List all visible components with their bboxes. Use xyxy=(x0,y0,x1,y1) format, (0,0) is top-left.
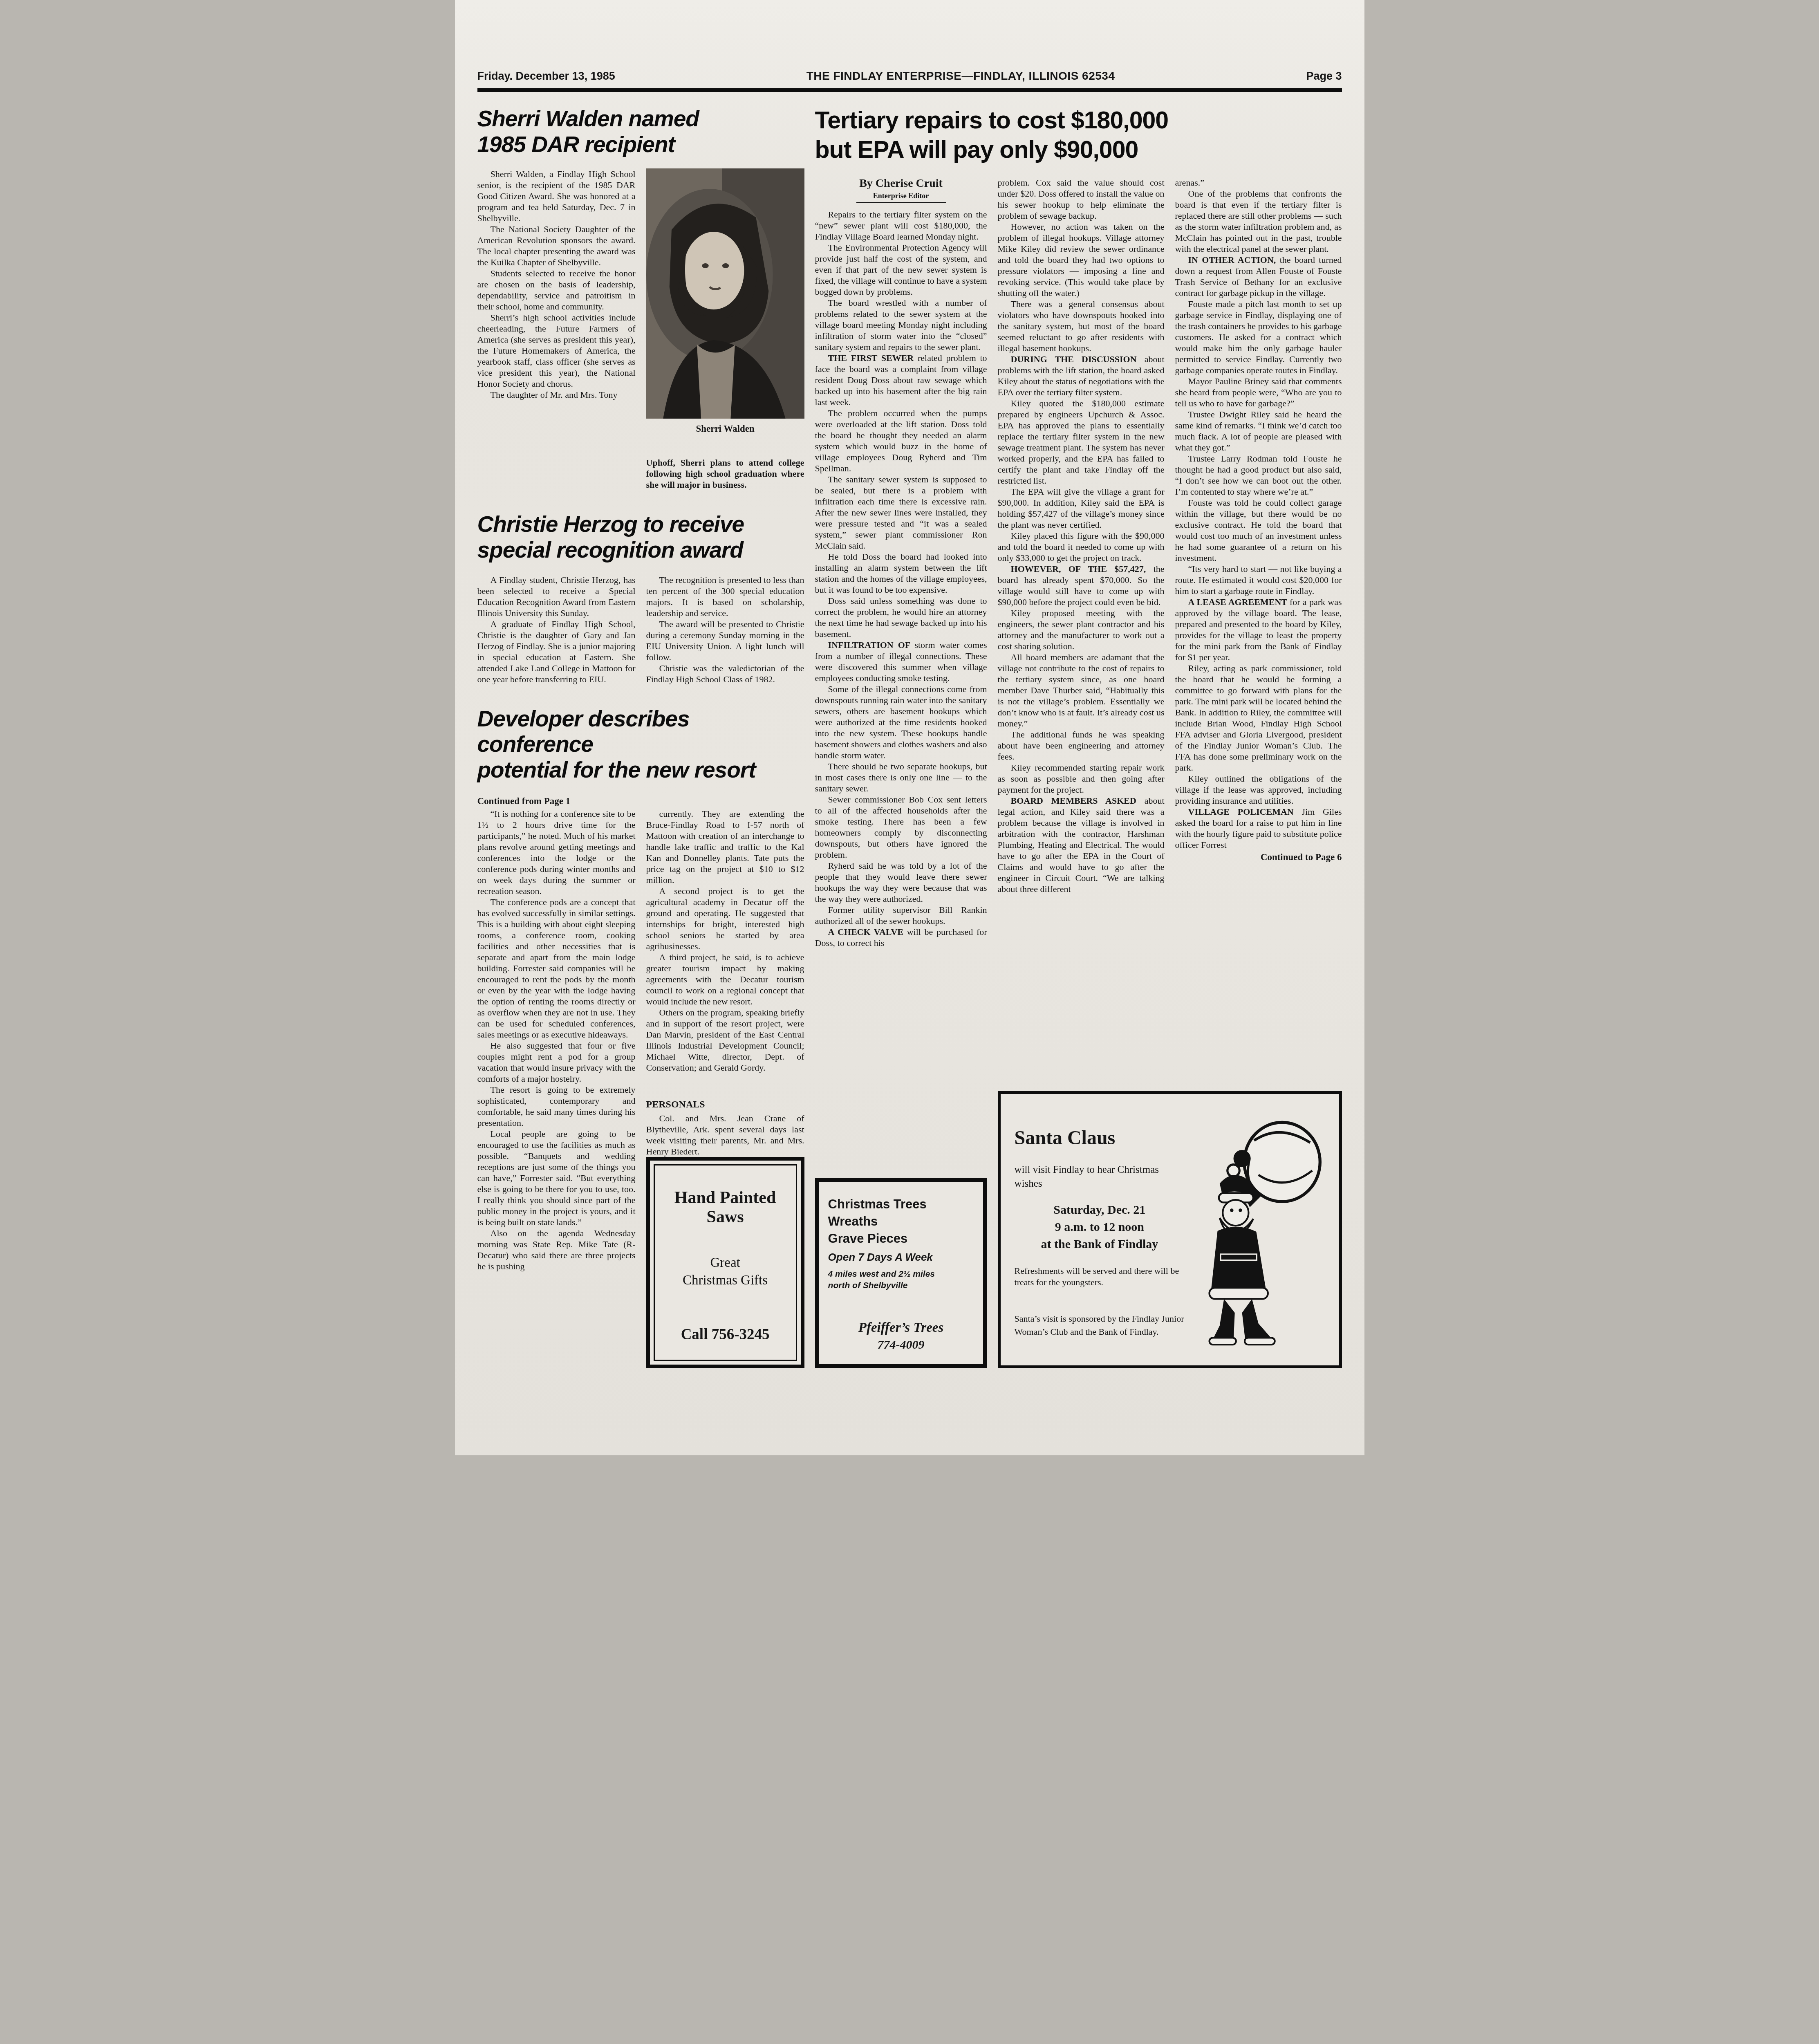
text-line: Grave Pieces xyxy=(828,1230,974,1247)
paragraph: The conference pods are a concept that h… xyxy=(477,896,636,1040)
paragraph: The National Society Daughter of the Ame… xyxy=(477,224,636,268)
ad-time: 9 a.m. to 12 noon xyxy=(1015,1219,1185,1236)
article-text-column: Sherri Walden, a Findlay High School sen… xyxy=(477,168,636,490)
paragraph: BOARD MEMBERS ASKED about legal action, … xyxy=(998,795,1165,894)
article-text: currently. They are extending the Bruce-… xyxy=(646,808,804,1073)
paragraph: Former utility supervisor Bill Rankin au… xyxy=(815,904,987,926)
paragraph: The Environmental Protection Agency will… xyxy=(815,242,987,297)
article-christie-herzog: Christie Herzog to receivespecial recogn… xyxy=(477,511,804,684)
paragraph: Repairs to the tertiary filter system on… xyxy=(815,209,987,242)
ad-phone: Call 756-3245 xyxy=(661,1326,790,1343)
ad-text-block: Santa Claus will visit Findlay to hear C… xyxy=(1015,1110,1185,1351)
article-text-column: “It is nothing for a conference site to … xyxy=(477,808,636,1368)
article-sherri-walden: Sherri Walden named1985 DAR recipient Sh… xyxy=(477,106,804,490)
page-number: Page 3 xyxy=(1306,70,1342,83)
paragraph: DURING THE DISCUSSION about problems wit… xyxy=(998,354,1165,398)
paragraph: The recognition is presented to less tha… xyxy=(646,574,804,619)
paragraph: He told Doss the board had looked into i… xyxy=(815,551,987,595)
text-line: potential for the new resort xyxy=(477,757,804,783)
paragraph: Christie was the valedictorian of the Fi… xyxy=(646,663,804,685)
paragraph: All board members are adamant that the v… xyxy=(998,652,1165,729)
paragraph: Fouste was told he could collect garage … xyxy=(1175,497,1342,563)
article-developer-resort: Developer describes conferencepotential … xyxy=(477,706,804,1368)
ad-schedule: Saturday, Dec. 21 9 a.m. to 12 noon at t… xyxy=(1015,1201,1185,1253)
paragraph: Uphoff, Sherri plans to attend college f… xyxy=(646,457,804,490)
paragraph: Kiley quoted the $180,000 estimate prepa… xyxy=(998,398,1165,486)
paragraph: The EPA will give the village a grant fo… xyxy=(998,486,1165,530)
text-line: Christie Herzog to receive xyxy=(477,511,804,537)
article-headline: Sherri Walden named1985 DAR recipient xyxy=(477,106,804,157)
article-body: A Findlay student, Christie Herzog, has … xyxy=(477,574,804,685)
article-headline: Christie Herzog to receivespecial recogn… xyxy=(477,511,804,563)
article-text: arenas.”One of the problems that confron… xyxy=(1175,177,1342,850)
ad-title: Santa Claus xyxy=(1015,1127,1185,1149)
paragraph: THE FIRST SEWER related problem to face … xyxy=(815,352,987,408)
paragraph: However, no action was taken on the prob… xyxy=(998,221,1165,298)
paragraph: Trustee Dwight Riley said he heard the s… xyxy=(1175,409,1342,453)
paragraph: Some of the illegal connections come fro… xyxy=(815,684,987,761)
paragraph: The resort is going to be extremely soph… xyxy=(477,1084,636,1128)
paragraph: Kiley recommended starting repair work a… xyxy=(998,762,1165,795)
ad-business-name: Pfeiffer’s Trees xyxy=(828,1320,974,1336)
paragraph: Ryherd said he was told by a lot of the … xyxy=(815,860,987,904)
paragraph: Sherri Walden, a Findlay High School sen… xyxy=(477,168,636,224)
left-column-zone: Sherri Walden named1985 DAR recipient Sh… xyxy=(477,106,804,1368)
personals-title: PERSONALS xyxy=(646,1099,804,1110)
paragraph: Mayor Pauline Briney said that comments … xyxy=(1175,376,1342,409)
santa-illustration xyxy=(1190,1110,1326,1351)
paragraph: A Findlay student, Christie Herzog, has … xyxy=(477,574,636,619)
continued-to-note: Continued to Page 6 xyxy=(1175,852,1342,863)
santa-drawing xyxy=(1190,1110,1326,1351)
paragraph: One of the problems that confronts the b… xyxy=(1175,188,1342,254)
paragraph: The problem occurred when the pumps were… xyxy=(815,408,987,474)
ad-hours: Open 7 Days A Week xyxy=(828,1251,974,1264)
photo-caption-text: Uphoff, Sherri plans to attend college f… xyxy=(646,457,804,490)
paragraph: Kiley proposed meeting with the engineer… xyxy=(998,607,1165,652)
article-headline: Tertiary repairs to cost $180,000but EPA… xyxy=(815,106,1342,165)
right-column-zone: Tertiary repairs to cost $180,000but EPA… xyxy=(815,106,1342,1368)
ad-inner-frame: Hand Painted Saws Great Christmas Gifts … xyxy=(654,1164,797,1361)
paragraph: Kiley placed this figure with the $90,00… xyxy=(998,530,1165,563)
text-line: Wreaths xyxy=(828,1213,974,1230)
article-tertiary-repairs: Tertiary repairs to cost $180,000but EPA… xyxy=(815,106,1342,1368)
personals-text: Col. and Mrs. Jean Crane of Blytheville,… xyxy=(646,1113,804,1157)
article-body-inner: problem. Cox said the value should cost … xyxy=(998,177,1342,1091)
article-body: By Cherise Cruit Enterprise Editor Repai… xyxy=(815,177,1342,1368)
ad-title-line: Saws xyxy=(661,1207,790,1227)
ad-note: Refreshments will be served and there wi… xyxy=(1015,1265,1185,1289)
paragraph: arenas.” xyxy=(1175,177,1342,188)
newspaper-page: Friday. December 13, 1985 THE FINDLAY EN… xyxy=(455,0,1364,1455)
paragraph: “It is nothing for a conference site to … xyxy=(477,808,636,896)
page-header: Friday. December 13, 1985 THE FINDLAY EN… xyxy=(477,69,1342,92)
paragraph: A second project is to get the agricultu… xyxy=(646,885,804,952)
paragraph: The board wrestled with a number of prob… xyxy=(815,297,987,352)
ad-directions: 4 miles west and 2½ miles north of Shelb… xyxy=(828,1269,952,1291)
paragraph: The daughter of Mr. and Mrs. Tony xyxy=(477,389,636,400)
text-line: special recognition award xyxy=(477,537,804,563)
paragraph: IN OTHER ACTION, the board turned down a… xyxy=(1175,254,1342,298)
paragraph: problem. Cox said the value should cost … xyxy=(998,177,1165,221)
paragraph: There was a general consensus about viol… xyxy=(998,298,1165,354)
portrait-illustration xyxy=(646,168,804,419)
byline-title: Enterprise Editor xyxy=(856,192,946,203)
ad-intro: will visit Findlay to hear Christmas wis… xyxy=(1015,1163,1185,1191)
ad-title-line: Hand Painted xyxy=(661,1188,790,1207)
article-columns-2-3: problem. Cox said the value should cost … xyxy=(998,177,1342,1368)
paragraph: Fouste made a pitch last month to set up… xyxy=(1175,298,1342,376)
paragraph: Sherri’s high school activities include … xyxy=(477,312,636,389)
paragraph: Trustee Larry Rodman told Fouste he thou… xyxy=(1175,453,1342,497)
paragraph: Students selected to receive the honor a… xyxy=(477,268,636,312)
text-line: Sherri Walden named xyxy=(477,106,804,132)
pfeiffers-trees-ad: Christmas TreesWreathsGrave Pieces Open … xyxy=(815,1178,987,1368)
ad-text-line: Christmas Gifts xyxy=(661,1273,790,1288)
article-text-column: By Cherise Cruit Enterprise Editor Repai… xyxy=(815,177,987,1368)
paragraph: “Its very hard to start — not like buyin… xyxy=(1175,563,1342,596)
article-body: “It is nothing for a conference site to … xyxy=(477,808,804,1368)
article-headline: Developer describes conferencepotential … xyxy=(477,706,804,783)
paragraph: Also on the agenda Wednesday morning was… xyxy=(477,1228,636,1272)
paragraph: Riley, acting as park commissioner, told… xyxy=(1175,663,1342,773)
paragraph: The sanitary sewer system is supposed to… xyxy=(815,474,987,551)
paragraph: Doss said unless something was done to c… xyxy=(815,595,987,639)
text-line: Developer describes conference xyxy=(477,706,804,757)
paragraph: A LEASE AGREEMENT for a park was approve… xyxy=(1175,596,1342,663)
paragraph: A graduate of Findlay High School, Chris… xyxy=(477,619,636,685)
masthead: THE FINDLAY ENTERPRISE—FINDLAY, ILLINOIS… xyxy=(806,69,1115,83)
issue-date: Friday. December 13, 1985 xyxy=(477,70,615,83)
paragraph: Kiley outlined the obligations of the vi… xyxy=(1175,773,1342,806)
ad-product-lines: Christmas TreesWreathsGrave Pieces xyxy=(828,1196,974,1247)
paragraph: Sewer commissioner Bob Cox sent letters … xyxy=(815,794,987,860)
sherri-walden-photo xyxy=(646,168,804,419)
paragraph: Col. and Mrs. Jean Crane of Blytheville,… xyxy=(646,1113,804,1157)
ad-date: Saturday, Dec. 21 xyxy=(1015,1201,1185,1219)
paragraph: currently. They are extending the Bruce-… xyxy=(646,808,804,885)
article-text-column: arenas.”One of the problems that confron… xyxy=(1175,177,1342,1091)
photo-column: Sherri Walden Uphoff, Sherri plans to at… xyxy=(646,168,804,490)
article-text-column: currently. They are extending the Bruce-… xyxy=(646,808,804,1368)
article-text-column: problem. Cox said the value should cost … xyxy=(998,177,1165,1091)
hand-painted-saws-ad: Hand Painted Saws Great Christmas Gifts … xyxy=(646,1157,804,1368)
paragraph: Others on the program, speaking briefly … xyxy=(646,1007,804,1073)
paragraph: A third project, he said, is to achieve … xyxy=(646,952,804,1007)
article-body: Sherri Walden, a Findlay High School sen… xyxy=(477,168,804,490)
paragraph: HOWEVER, OF THE $57,427, the board has a… xyxy=(998,563,1165,607)
paragraph: A CHECK VALVE will be purchased for Doss… xyxy=(815,926,987,948)
paragraph: The additional funds he was speaking abo… xyxy=(998,729,1165,762)
article-text: Repairs to the tertiary filter system on… xyxy=(815,209,987,948)
paragraph: There should be two separate hookups, bu… xyxy=(815,761,987,794)
page-content: Sherri Walden named1985 DAR recipient Sh… xyxy=(477,92,1342,1368)
santa-claus-ad: Santa Claus will visit Findlay to hear C… xyxy=(998,1091,1342,1368)
paragraph: INFILTRATION OF storm water comes from a… xyxy=(815,639,987,684)
paragraph: He also suggested that four or five coup… xyxy=(477,1040,636,1084)
personals-section: PERSONALS Col. and Mrs. Jean Crane of Bl… xyxy=(646,1099,804,1157)
paragraph: VILLAGE POLICEMAN Jim Giles asked the bo… xyxy=(1175,806,1342,850)
ad-text-line: Great xyxy=(661,1255,790,1271)
ad-sponsor: Santa’s visit is sponsored by the Findla… xyxy=(1015,1312,1185,1338)
text-line: Christmas Trees xyxy=(828,1196,974,1213)
paragraph: Local people are going to be encouraged … xyxy=(477,1128,636,1228)
text-line: Tertiary repairs to cost $180,000 xyxy=(815,106,1342,135)
text-line: but EPA will pay only $90,000 xyxy=(815,135,1342,165)
ad-place: at the Bank of Findlay xyxy=(1015,1236,1185,1253)
article-text-column: The recognition is presented to less tha… xyxy=(646,574,804,685)
photo-caption-title: Sherri Walden xyxy=(646,424,804,434)
paragraph: The award will be presented to Christie … xyxy=(646,619,804,663)
text-line: 1985 DAR recipient xyxy=(477,132,804,157)
continued-from-note: Continued from Page 1 xyxy=(477,796,804,807)
ad-phone: 774-4009 xyxy=(828,1338,974,1352)
byline: By Cherise Cruit xyxy=(815,177,987,190)
article-text-column: A Findlay student, Christie Herzog, has … xyxy=(477,574,636,685)
